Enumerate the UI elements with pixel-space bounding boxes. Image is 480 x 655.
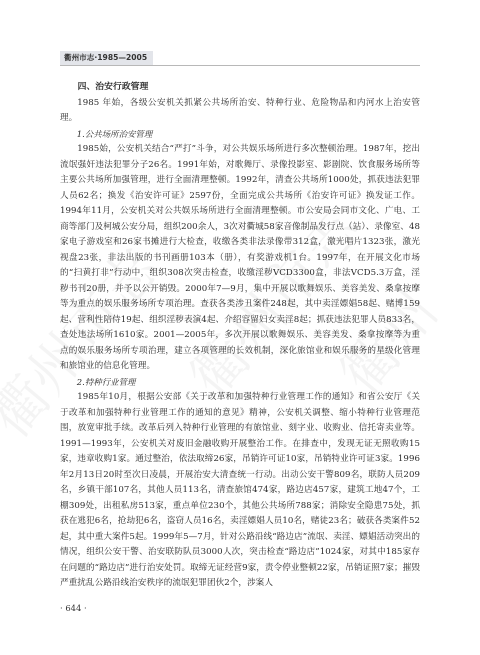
paragraph: 1985年10月，根据公安部《关于改革和加强特种行业管理工作的通知》和省公安厅《… (60, 390, 420, 592)
header-divider (60, 65, 420, 66)
page-body: 四、治安行政管理 1985 年始，各级公安机关抓紧公共场所治安、特种行业、危险物… (60, 80, 420, 592)
subsection-title: 1.公共场所治安管理 (60, 127, 420, 143)
running-header: 衢州市志·1985—2005 (60, 51, 153, 65)
subsection-title: 2.特种行业管理 (60, 375, 420, 391)
page-number: · 644 · (60, 603, 87, 613)
paragraph: 1985始，公安机关结合“严打”斗争，对公共娱乐场所进行多次整顿治理。1987年… (60, 142, 420, 375)
section-title: 四、治安行政管理 (60, 80, 420, 96)
section-intro: 1985 年始，各级公安机关抓紧公共场所治安、特种行业、危险物品和内河水上治安管… (60, 96, 420, 127)
